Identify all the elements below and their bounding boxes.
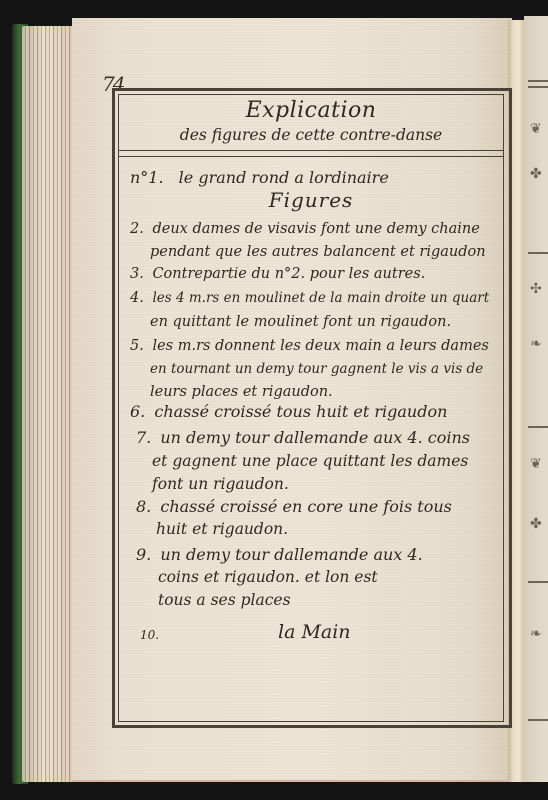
ornament-icon: ❧ — [530, 626, 542, 642]
facing-page-rule — [528, 426, 548, 428]
figure-number: 6. — [130, 402, 145, 421]
figure-entry-9: 9. un demy tour dallemande aux 4. — [136, 545, 423, 564]
ornament-icon: ❧ — [530, 336, 542, 352]
figure-number: 10. — [140, 628, 159, 642]
figure-line: coins et rigaudon. et lon est — [158, 568, 378, 586]
ornament-icon: ✤ — [530, 516, 542, 532]
figure-line: deux dames de visavis font une demy chai… — [152, 221, 479, 237]
figure-line: un demy tour dallemande aux 4. coins — [160, 428, 470, 447]
facing-page-rule — [528, 80, 548, 82]
figure-line: les m.rs donnent les deux main a leurs d… — [152, 338, 488, 354]
figure-entry-3: 3. Contrepartie du n°2. pour les autres. — [130, 266, 425, 282]
figure-entry-7: 7. un demy tour dallemande aux 4. coins — [136, 428, 470, 447]
figure-line: et gagnent une place quittant les dames — [152, 452, 468, 470]
figure-number: 3. — [130, 266, 144, 282]
intro-number: n°1. — [130, 168, 164, 187]
figure-line: pendant que les autres balancent et riga… — [150, 244, 486, 260]
figure-line: huit et rigaudon. — [156, 520, 288, 538]
heading-divider — [118, 150, 504, 157]
facing-page-rule — [528, 86, 548, 88]
figure-line: leurs places et rigaudon. — [150, 384, 333, 400]
figure-entry-8: 8. chassé croissé en core une fois tous — [136, 497, 452, 516]
heading-subtitle: des figures de cette contre-danse — [118, 126, 504, 144]
facing-page-fragment: ❦ ✤ ✣ ❧ ❦ ✤ ❧ — [524, 16, 548, 782]
figure-line: font un rigaudon. — [152, 475, 289, 493]
figure-line: un demy tour dallemande aux 4. — [160, 545, 422, 564]
figure-line: en tournant un demy tour gagnent le vis … — [150, 361, 483, 377]
figure-entry-4: 4. les 4 m.rs en moulinet de la main dro… — [130, 290, 489, 306]
figures-heading: Figures — [118, 188, 504, 212]
book-photograph: ❦ ✤ ✣ ❧ ❦ ✤ ❧ 74 Explication des figures… — [0, 0, 548, 800]
figure-line: les 4 m.rs en moulinet de la main droite… — [152, 290, 489, 306]
ornament-icon: ❦ — [530, 456, 542, 472]
figure-number: 5. — [130, 338, 144, 354]
figure-number: 8. — [136, 497, 151, 516]
ornament-icon: ✤ — [530, 166, 542, 182]
figure-line: tous a ses places — [158, 591, 291, 609]
figure-entry-5: 5. les m.rs donnent les deux main a leur… — [130, 338, 489, 354]
figure-line: chassé croissé en core une fois tous — [160, 497, 451, 516]
figure-line: chassé croissé tous huit et rigaudon — [154, 402, 447, 421]
figure-number: 9. — [136, 545, 151, 564]
ornament-icon: ✣ — [530, 281, 542, 297]
figure-line: la Main — [278, 621, 351, 643]
ornament-icon: ❦ — [530, 121, 542, 137]
figure-line: Contrepartie du n°2. pour les autres. — [152, 266, 425, 282]
facing-page-rule — [528, 719, 548, 721]
figure-entry-2: 2. deux dames de visavis font une demy c… — [130, 221, 480, 237]
figure-number: 2. — [130, 221, 144, 237]
figure-line: en quittant le moulinet font un rigaudon… — [150, 314, 451, 330]
figure-number: 7. — [136, 428, 151, 447]
intro-text: le grand rond a lordinaire — [179, 168, 389, 187]
intro-line: n°1. le grand rond a lordinaire — [130, 168, 389, 187]
figure-entry-6: 6. chassé croissé tous huit et rigaudon — [130, 402, 447, 421]
page-stack-edges — [22, 26, 78, 782]
facing-page-rule — [528, 252, 548, 254]
figure-number: 4. — [130, 290, 144, 306]
heading-title: Explication — [118, 98, 504, 123]
facing-page-rule — [528, 581, 548, 583]
